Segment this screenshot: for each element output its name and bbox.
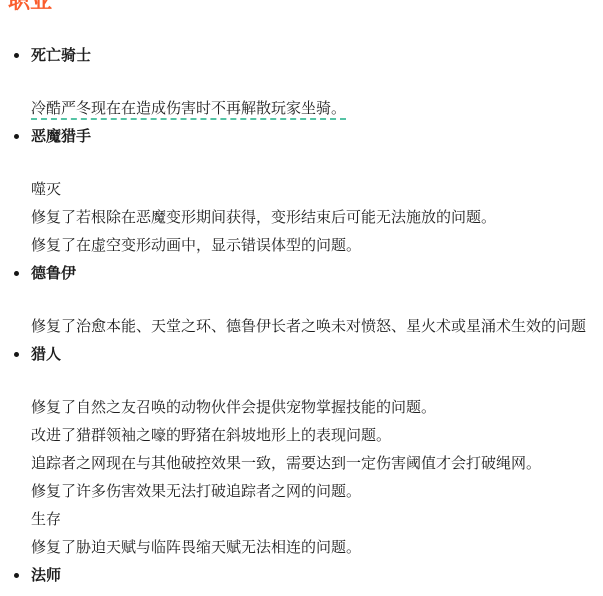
class-name: 恶魔猎手: [31, 128, 91, 145]
entry-line: 修复了若根除在恶魔变形期间获得，变形结束后可能无法施放的问题。: [31, 209, 603, 226]
entry-line: 改进了猎群领袖之嚎的野猪在斜坡地形上的表现问题。: [31, 427, 603, 444]
class-item-demon-hunter: 恶魔猎手 噬灭 修复了若根除在恶魔变形期间获得，变形结束后可能无法施放的问题。 …: [8, 128, 603, 254]
class-entries: 噬灭 修复了若根除在恶魔变形期间获得，变形结束后可能无法施放的问题。 修复了在虚…: [31, 181, 603, 254]
class-name: 死亡骑士: [31, 47, 91, 64]
class-entries: 冷酷严冬现在在造成伤害时不再解散玩家坐骑。: [31, 100, 603, 117]
class-item-death-knight: 死亡骑士 冷酷严冬现在在造成伤害时不再解散玩家坐骑。: [8, 47, 603, 117]
class-item-hunter: 猎人 修复了自然之友召唤的动物伙伴会提供宠物掌握技能的问题。 改进了猎群领袖之嚎…: [8, 346, 603, 556]
class-name: 德鲁伊: [31, 265, 76, 282]
class-item-mage: 法师: [8, 567, 603, 584]
entry-line: 追踪者之网现在与其他破控效果一致，需要达到一定伤害阈值才会打破绳网。: [31, 455, 603, 472]
entry-line: 修复了自然之友召唤的动物伙伴会提供宠物掌握技能的问题。: [31, 399, 603, 416]
entry-line: 修复了胁迫天赋与临阵畏缩天赋无法相连的问题。: [31, 539, 603, 556]
entry-line: 噬灭: [31, 181, 603, 198]
entry-line: 冷酷严冬现在在造成伤害时不再解散玩家坐骑。: [31, 100, 603, 117]
entry-line: 生存: [31, 511, 603, 528]
bullet-icon: [14, 134, 19, 139]
class-name: 猎人: [31, 346, 61, 363]
underlined-entry-text: 冷酷严冬现在在造成伤害时不再解散玩家坐骑。: [31, 100, 346, 120]
entry-line: 修复了在虚空变形动画中，显示错误体型的问题。: [31, 237, 603, 254]
class-item-druid: 德鲁伊 修复了治愈本能、天堂之环、德鲁伊长者之唤未对愤怒、星火术或星涌术生效的问…: [8, 265, 603, 335]
entry-line: 修复了治愈本能、天堂之环、德鲁伊长者之唤未对愤怒、星火术或星涌术生效的问题: [31, 318, 603, 335]
bullet-icon: [14, 573, 19, 578]
bullet-icon: [14, 53, 19, 58]
page-title: 职业: [8, 0, 603, 14]
class-list: 死亡骑士 冷酷严冬现在在造成伤害时不再解散玩家坐骑。 恶魔猎手 噬灭 修复了若根…: [8, 47, 603, 584]
patch-notes-page: 职业 死亡骑士 冷酷严冬现在在造成伤害时不再解散玩家坐骑。 恶魔猎手 噬灭 修复…: [0, 0, 603, 584]
bullet-icon: [14, 352, 19, 357]
class-entries: 修复了自然之友召唤的动物伙伴会提供宠物掌握技能的问题。 改进了猎群领袖之嚎的野猪…: [31, 399, 603, 556]
entry-line: 修复了许多伤害效果无法打破追踪者之网的问题。: [31, 483, 603, 500]
bullet-icon: [14, 271, 19, 276]
class-entries: 修复了治愈本能、天堂之环、德鲁伊长者之唤未对愤怒、星火术或星涌术生效的问题: [31, 318, 603, 335]
class-name: 法师: [31, 567, 61, 584]
